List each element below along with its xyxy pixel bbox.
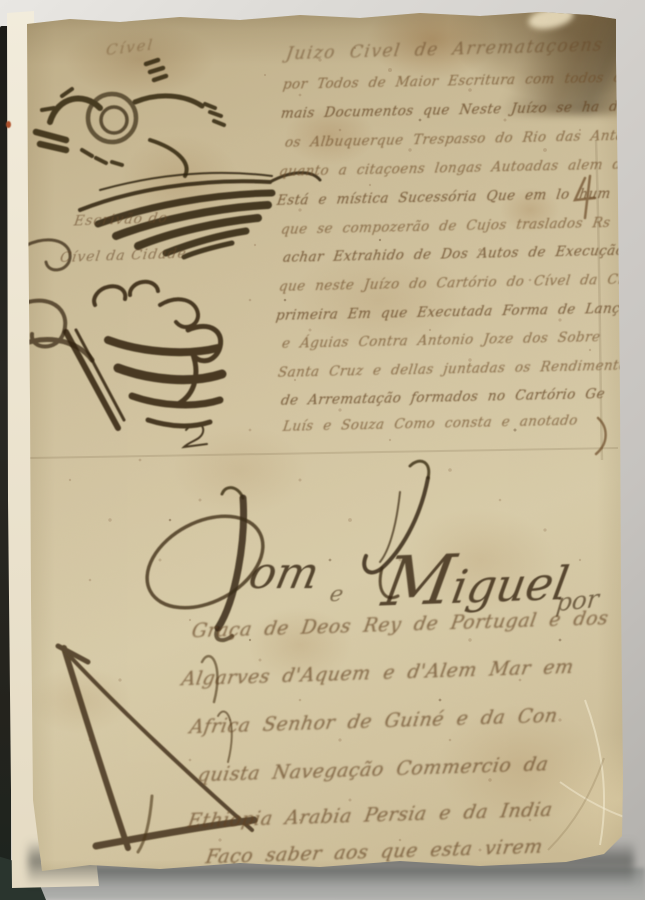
royal-line: Africa Senhor de Guiné e da Con	[188, 704, 559, 738]
body-line: primeira Em que Executada Forma de Lança…	[275, 300, 645, 324]
royal-line: Algarves d'Aquem e d'Alem Mar em	[180, 656, 575, 690]
body-line: que se compozerão de Cujos traslados Rs …	[280, 214, 645, 238]
manuscript-page: Cível Juizo Civel de Arremataçoens Escri…	[0, 0, 645, 900]
body-line: Santa Cruz e dellas juntadas os Rendimen…	[277, 358, 636, 382]
heading-om: om	[245, 548, 324, 599]
curl-cluster-flourish	[66, 282, 222, 447]
royal-line: Ethiopia Arabia Persia e da India	[186, 798, 554, 832]
heading-ampersand: e	[327, 582, 345, 607]
body-line: Está e mística Sucessória Que em lo hum …	[276, 185, 645, 209]
red-fleck	[6, 121, 11, 128]
corner-note: Cível	[105, 35, 155, 59]
body-line: que neste Juízo do Cartório do Cível da …	[278, 271, 645, 295]
rosette-flourish	[36, 60, 224, 176]
body-line: quanto a citaçoens longas Autoadas alem …	[278, 156, 639, 180]
margin-note-line-1: Escrivão do	[73, 210, 169, 229]
body-line: Luís e Souza Como consta e anotado	[282, 413, 579, 435]
body-line: e Águias Contra Antonio Joze dos Sobre	[281, 329, 601, 352]
royal-line: quista Navegação Commercio da	[196, 753, 550, 786]
body-line: de Arrematação formados no Cartório Ge	[280, 386, 606, 409]
margin-note-line-2: Cível da Cidade	[59, 246, 188, 267]
body-line: mais Documentos que Neste Juízo se ha de	[280, 99, 628, 122]
body-line: os Albuquerque Trespasso do Rio das Anta…	[284, 128, 633, 151]
body-line: achar Extrahido de Dos Autos de Execução	[282, 243, 625, 266]
manuscript-photo: Cível Juizo Civel de Arremataçoens Escri…	[0, 0, 645, 900]
